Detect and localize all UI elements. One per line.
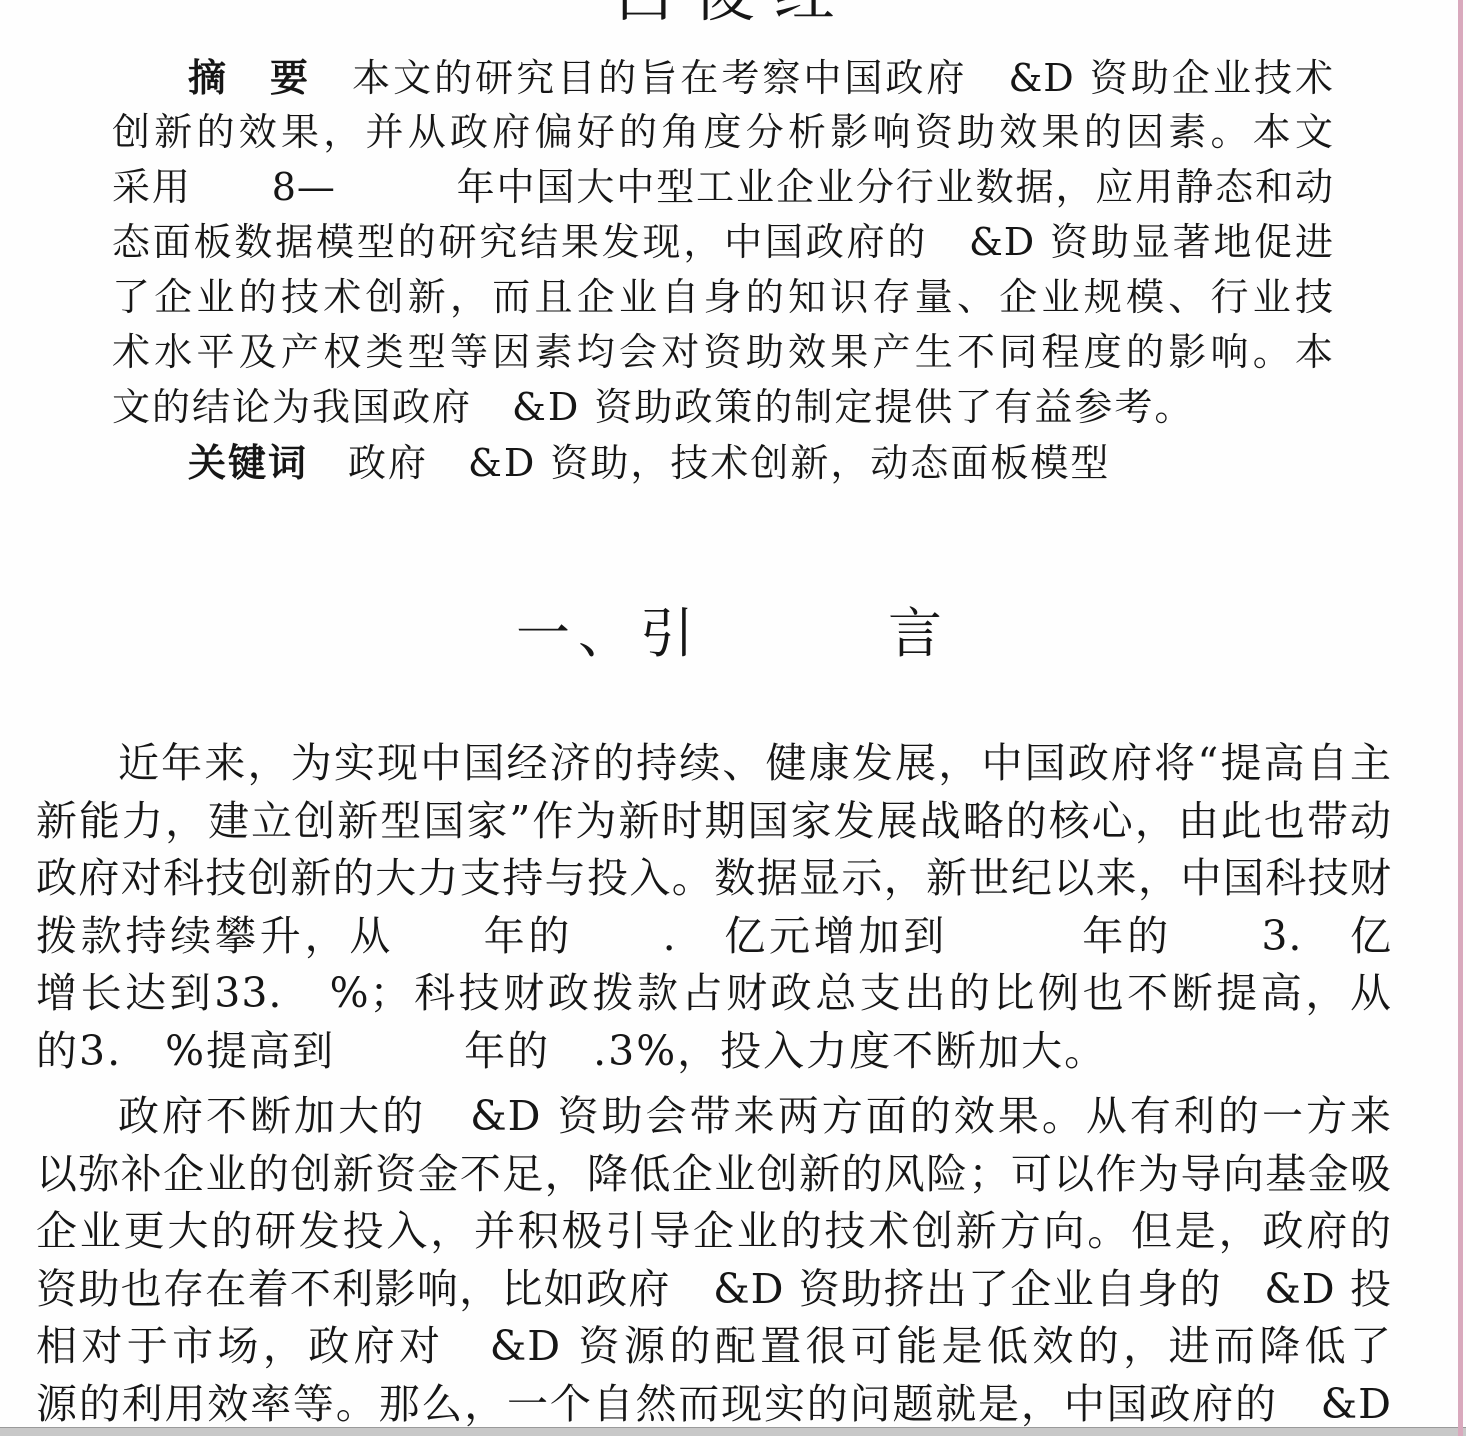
paragraph-line: 源的利用效率等。那么，一个自然而现实的问题就是，中国政府的 &D 资助 bbox=[36, 1376, 1392, 1434]
keywords-line: 关键词 政府 &D 资助，技术创新，动态面板模型 bbox=[112, 435, 1334, 490]
paragraph-line: 政府对科技创新的大力支持与投入。数据显示，新世纪以来，中国科技财政 bbox=[36, 850, 1392, 908]
abstract-line: 创新的效果，并从政府偏好的角度分析影响资助效果的因素。本文 bbox=[112, 105, 1334, 160]
paragraph-line: 增长达到33. %；科技财政拨款占财政总支出的比例也不断提高，从 年 bbox=[36, 965, 1392, 1023]
abstract-label: 摘 要 bbox=[188, 55, 311, 100]
section-heading-introduction: 一、引 言 bbox=[0, 598, 1466, 670]
paragraph-line: 近年来，为实现中国经济的持续、健康发展，中国政府将“提高自主创 bbox=[36, 735, 1392, 793]
paragraph-line: 以弥补企业的创新资金不足，降低企业创新的风险；可以作为导向基金吸引 bbox=[36, 1146, 1392, 1204]
paragraph-line: 政府不断加大的 &D 资助会带来两方面的效果。从有利的一方来讲，可 bbox=[36, 1088, 1392, 1146]
paragraph-line: 新能力，建立创新型国家”作为新时期国家发展战略的核心，由此也带动了 bbox=[36, 793, 1392, 851]
abstract-line: 术水平及产权类型等因素均会对资助效果产生不同程度的影响。本 bbox=[112, 325, 1334, 380]
keywords-label: 关键词 bbox=[188, 440, 308, 485]
abstract-line: 态面板数据模型的研究结果发现，中国政府的 &D 资助显著地促进 bbox=[112, 215, 1334, 270]
abstract-line-text: 本文的研究目的旨在考察中国政府 &D 资助企业技术 bbox=[311, 56, 1334, 100]
scan-edge-right bbox=[1458, 0, 1463, 1436]
abstract-line: 文的结论为我国政府 &D 资助政策的制定提供了有益参考。 bbox=[112, 380, 1334, 435]
scan-edge-bottom bbox=[0, 1427, 1466, 1436]
abstract-line: 了企业的技术创新，而且企业自身的知识存量、企业规模、行业技 bbox=[112, 270, 1334, 325]
document-page: 白俊红 摘 要 本文的研究目的旨在考察中国政府 &D 资助企业技术 创新的效果，… bbox=[0, 0, 1466, 1436]
abstract-line: 采用 8— 年中国大中型工业企业分行业数据，应用静态和动 bbox=[112, 160, 1334, 215]
abstract-line: 摘 要 本文的研究目的旨在考察中国政府 &D 资助企业技术 bbox=[112, 50, 1334, 105]
keywords-text: 政府 &D 资助，技术创新，动态面板模型 bbox=[308, 441, 1110, 485]
abstract-block: 摘 要 本文的研究目的旨在考察中国政府 &D 资助企业技术 创新的效果，并从政府… bbox=[112, 50, 1334, 490]
paragraph-line: 资助也存在着不利影响，比如政府 &D 资助挤出了企业自身的 &D 投资； bbox=[36, 1261, 1392, 1319]
author-name-clipped: 白俊红 bbox=[0, 0, 1466, 25]
paragraph-line: 相对于市场，政府对 &D 资源的配置很可能是低效的，进而降低了 &D 资 bbox=[36, 1318, 1392, 1376]
paragraph-line: 拨款持续攀升，从 年的 . 亿元增加到 年的 3. 亿元，年均 bbox=[36, 908, 1392, 966]
body-text-block: 近年来，为实现中国经济的持续、健康发展，中国政府将“提高自主创 新能力，建立创新… bbox=[36, 735, 1392, 1433]
paragraph-line: 的3. %提高到 年的 .3%，投入力度不断加大。 bbox=[36, 1023, 1392, 1081]
paragraph-line: 企业更大的研发投入，并积极引导企业的技术创新方向。但是，政府的 &D bbox=[36, 1203, 1392, 1261]
